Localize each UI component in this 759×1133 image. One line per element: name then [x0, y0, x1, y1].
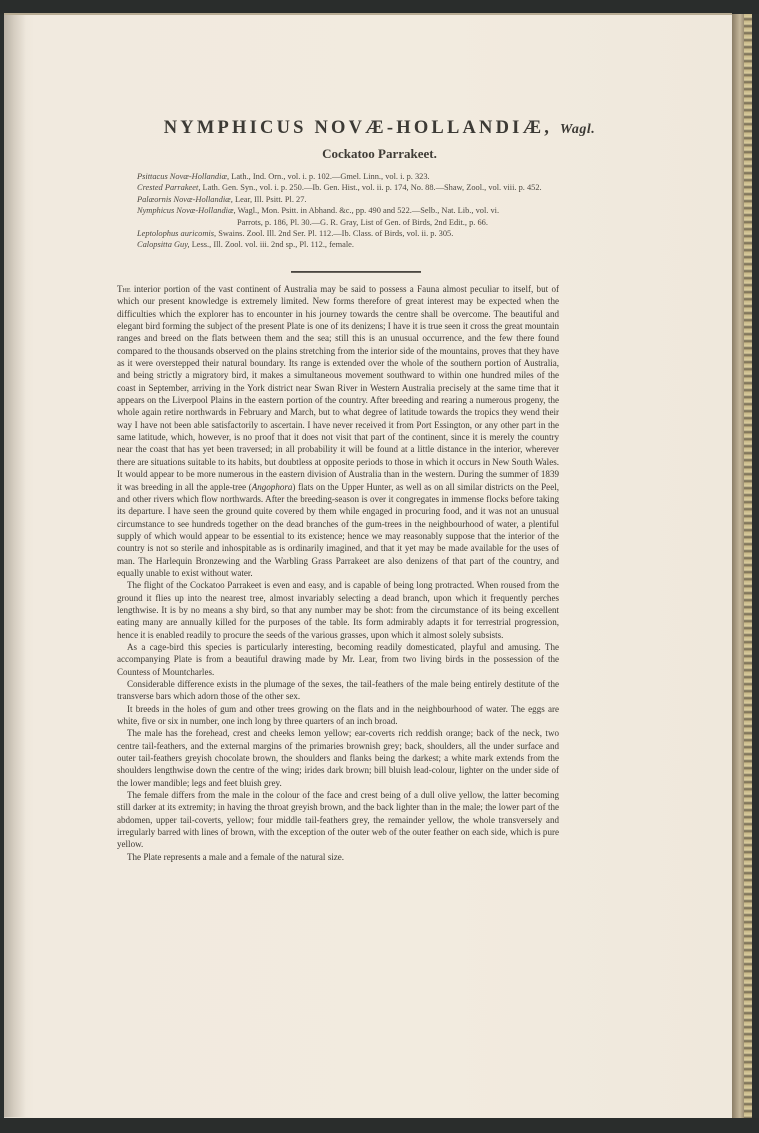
paragraph: As a cage-bird this species is particula…: [117, 641, 559, 678]
paragraph: The flight of the Cockatoo Parrakeet is …: [117, 579, 559, 641]
synonym-name: Palæornis Novæ-Hollandiæ,: [137, 195, 233, 204]
paragraph: The interior portion of the vast contine…: [117, 283, 559, 579]
paragraph: It breeds in the holes of gum and other …: [117, 703, 559, 728]
synonym-name: Calopsitta Guy,: [137, 240, 190, 249]
scan-background-top: [0, 0, 759, 14]
synonym-citation: Less., Ill. Zool. vol. iii. 2nd sp., Pl.…: [190, 240, 354, 249]
common-name: Cockatoo Parrakeet.: [0, 146, 759, 162]
synonymy-entry-continuation: Parrots, p. 186, Pl. 30.—G. R. Gray, Lis…: [137, 217, 637, 228]
spine-shadow: [4, 15, 26, 1117]
species-name: NYMPHICUS NOVÆ-HOLLANDIÆ,: [164, 118, 552, 138]
species-authority: Wagl.: [560, 122, 595, 137]
synonym-citation: Swains. Zool. Ill. 2nd Ser. Pl. 112.—Ib.…: [216, 229, 453, 238]
synonymy-entry: Leptolophus auricomis, Swains. Zool. Ill…: [137, 228, 637, 239]
paragraph: The male has the forehead, crest and che…: [117, 727, 559, 789]
gilt-edge-decoration: [744, 14, 752, 1118]
synonym-citation: Lear, Ill. Psitt. Pl. 27.: [233, 195, 307, 204]
paragraph-text: interior portion of the vast continent o…: [117, 284, 559, 492]
synonym-citation: Parrots, p. 186, Pl. 30.—G. R. Gray, Lis…: [237, 218, 488, 227]
lead-word: The: [117, 284, 131, 294]
synonym-citation: Wagl., Mon. Psitt. in Abhand. &c., pp. 4…: [236, 206, 499, 215]
paragraph: Considerable difference exists in the pl…: [117, 678, 559, 703]
synonymy-entry: Psittacus Novæ-Hollandiæ, Lath., Ind. Or…: [137, 171, 637, 182]
scan-background-bottom: [0, 1118, 759, 1133]
paragraph-text: ) flats on the Upper Hunter, as well as …: [117, 482, 559, 578]
paragraph: The female differs from the male in the …: [117, 789, 559, 851]
synonym-name: Crested Parrakeet,: [137, 183, 200, 192]
synonymy-entry: Crested Parrakeet, Lath. Gen. Syn., vol.…: [137, 182, 637, 193]
synonymy-entry: Palæornis Novæ-Hollandiæ, Lear, Ill. Psi…: [137, 194, 637, 205]
synonymy-list: Psittacus Novæ-Hollandiæ, Lath., Ind. Or…: [137, 171, 637, 251]
synonym-name: Psittacus Novæ-Hollandiæ,: [137, 172, 229, 181]
synonym-name: Nymphicus Novæ-Hollandiæ,: [137, 206, 236, 215]
species-title: NYMPHICUS NOVÆ-HOLLANDIÆ, Wagl.: [0, 118, 759, 139]
synonymy-entry: Calopsitta Guy, Less., Ill. Zool. vol. i…: [137, 239, 637, 250]
paragraph: The Plate represents a male and a female…: [117, 851, 559, 863]
synonym-name: Leptolophus auricomis,: [137, 229, 216, 238]
section-divider: [291, 271, 421, 273]
genus-name: Angophora: [252, 482, 293, 492]
synonym-citation: Lath. Gen. Syn., vol. i. p. 250.—Ib. Gen…: [200, 183, 541, 192]
body-text: The interior portion of the vast contine…: [117, 283, 559, 863]
synonym-citation: Lath., Ind. Orn., vol. i. p. 102.—Gmel. …: [229, 172, 430, 181]
synonymy-entry: Nymphicus Novæ-Hollandiæ, Wagl., Mon. Ps…: [137, 205, 637, 216]
